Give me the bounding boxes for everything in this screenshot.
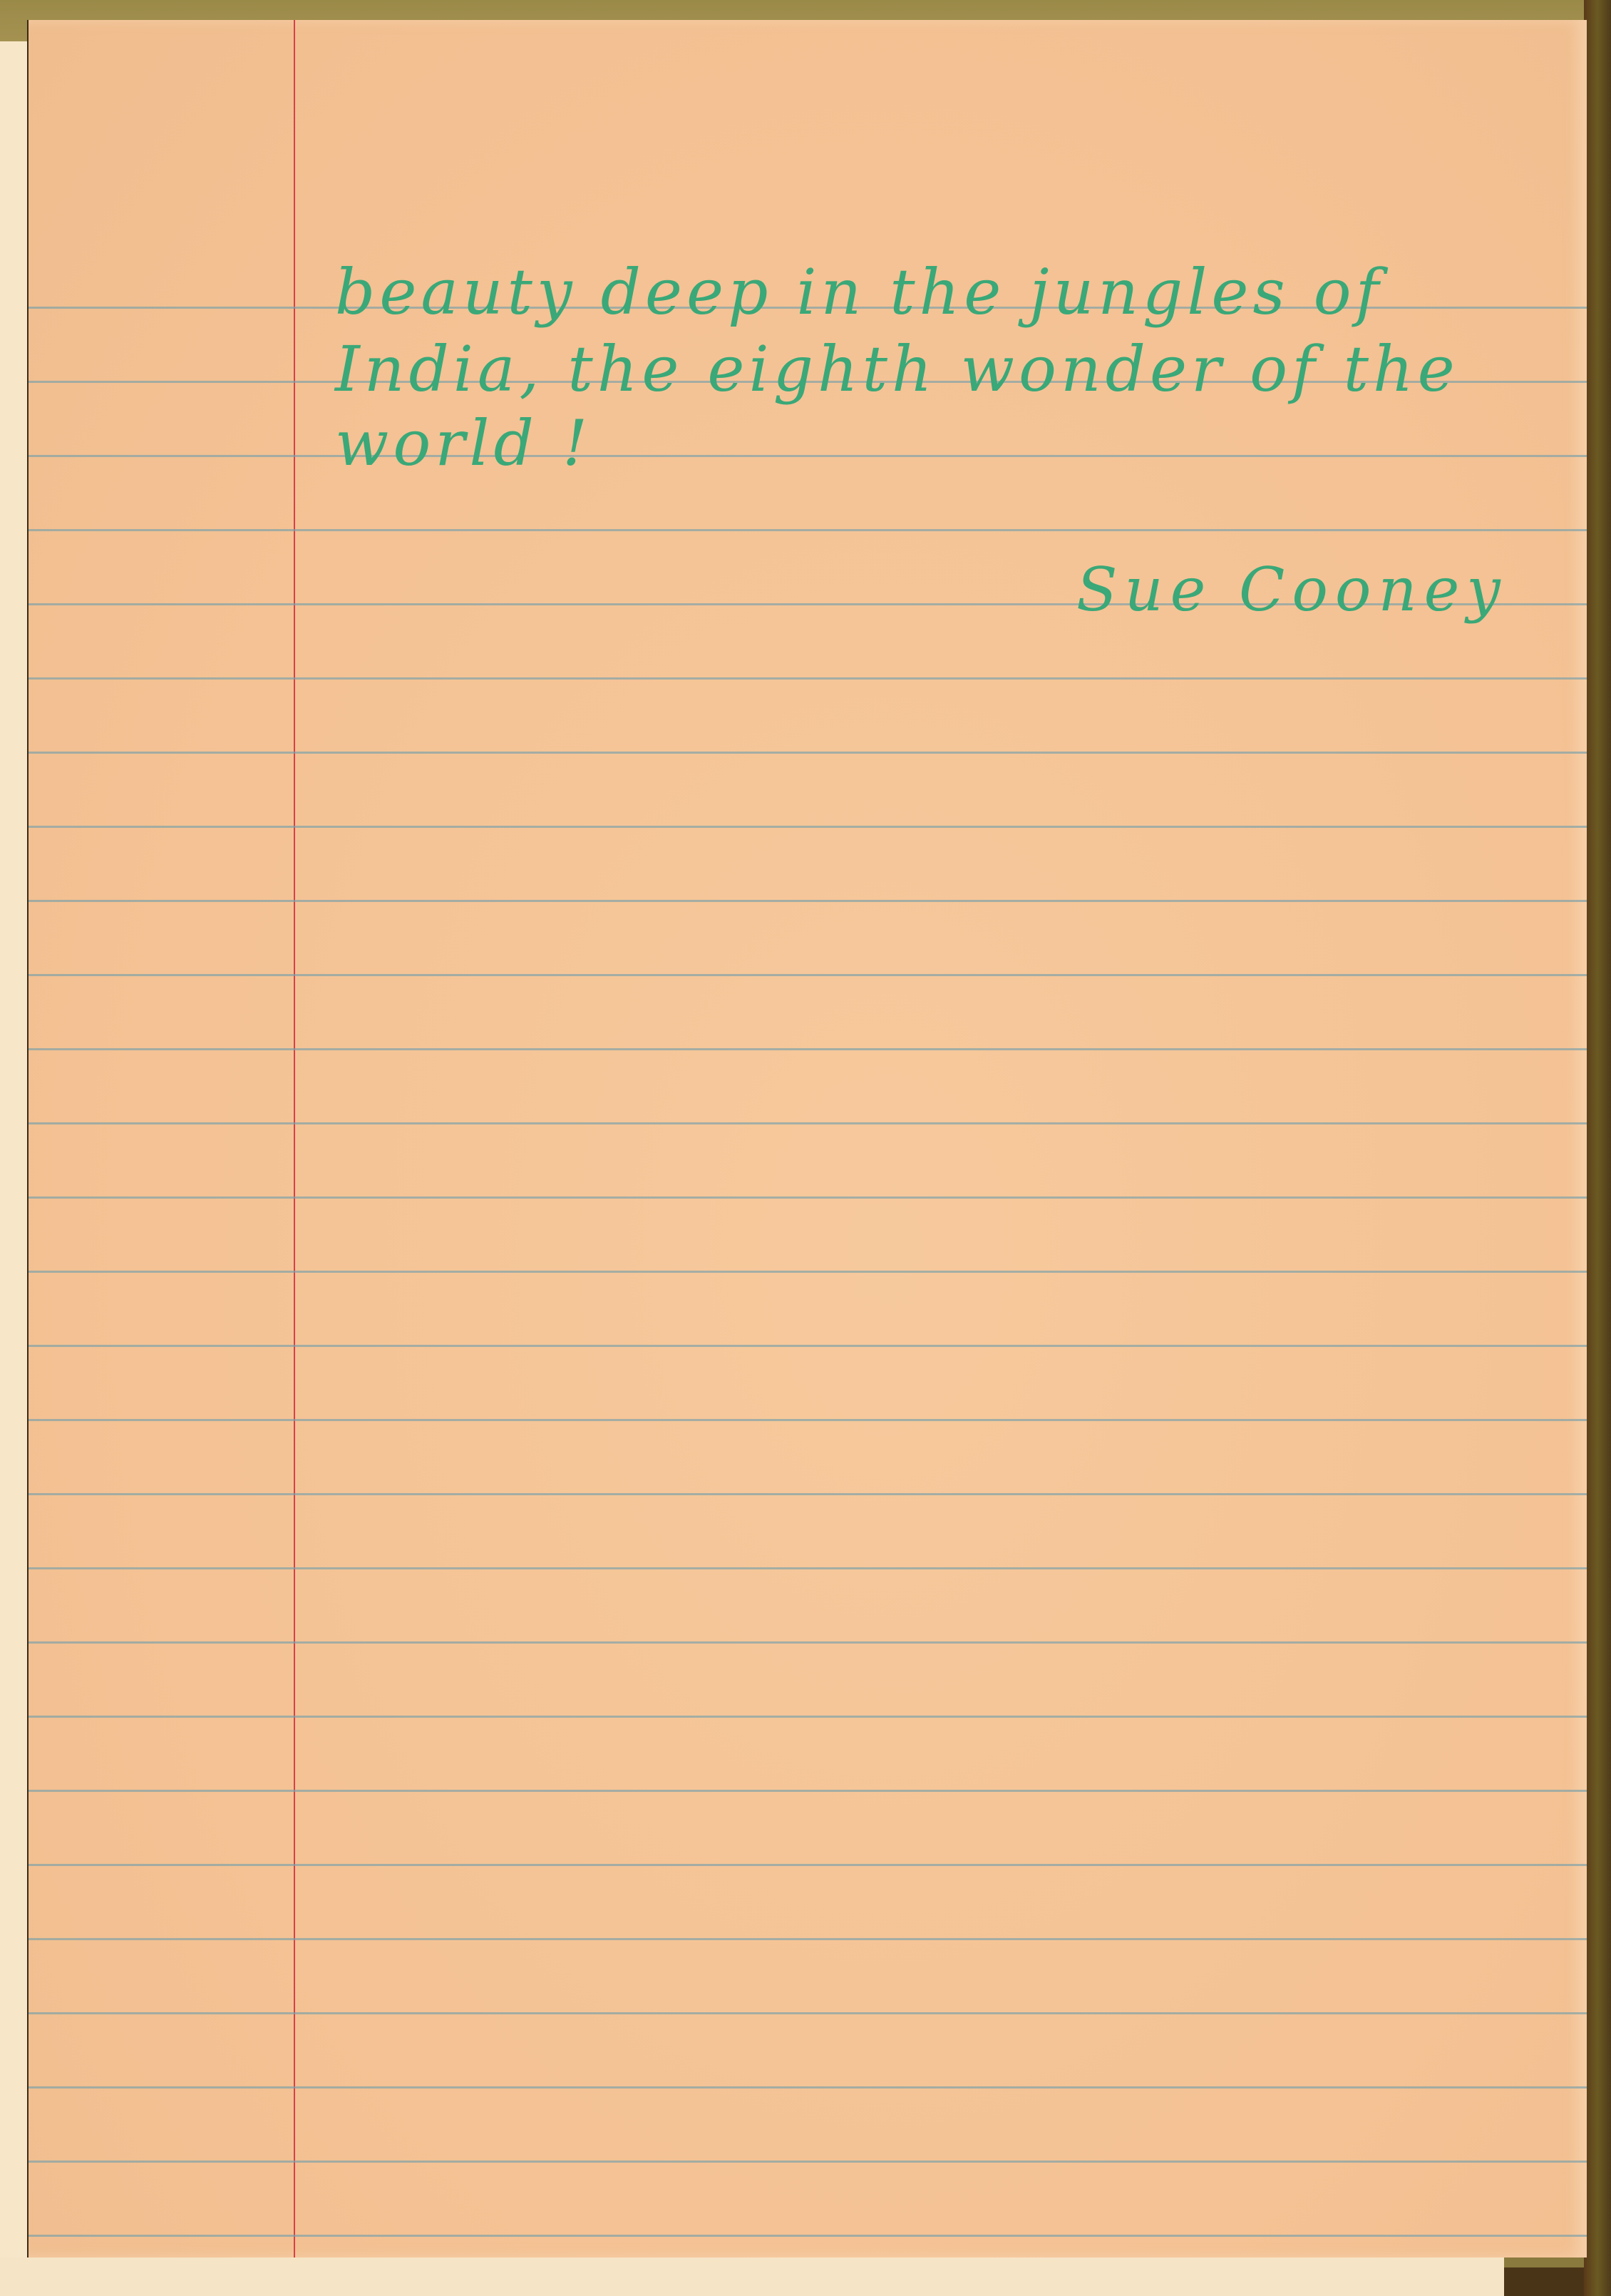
notebook-page: beauty deep in the jungles of India, the… — [27, 20, 1587, 2257]
handwritten-line-3: world ! — [335, 406, 592, 480]
ruled-line — [29, 2161, 1587, 2163]
binding-shadow — [1504, 2267, 1590, 2296]
binding-edge — [1584, 0, 1611, 2296]
ruled-line — [29, 1641, 1587, 1644]
ruled-line — [29, 1790, 1587, 1792]
ruled-line — [29, 1122, 1587, 1124]
ruled-line — [29, 2235, 1587, 2237]
ruled-line — [29, 2012, 1587, 2014]
underlying-page-left — [0, 41, 29, 2296]
ruled-line — [29, 900, 1587, 902]
ruled-line — [29, 974, 1587, 976]
ruled-line — [29, 455, 1587, 457]
ruled-line — [29, 752, 1587, 754]
ruled-line — [29, 1567, 1587, 1569]
ruled-line — [29, 1419, 1587, 1421]
ruled-line — [29, 1716, 1587, 1718]
handwritten-line-2: India, the eighth wonder of the — [335, 332, 1459, 406]
ruled-line — [29, 826, 1587, 828]
ruled-line — [29, 677, 1587, 680]
ruled-line — [29, 2086, 1587, 2089]
ruled-line — [29, 1271, 1587, 1273]
ruled-line — [29, 1196, 1587, 1199]
ruled-line — [29, 1864, 1587, 1866]
red-margin-line — [294, 20, 295, 2257]
ruled-line — [29, 1493, 1587, 1495]
handwritten-line-1: beauty deep in the jungles of — [335, 255, 1383, 329]
signature: Sue Cooney — [1076, 555, 1508, 625]
ruled-line — [29, 1938, 1587, 1940]
ruled-line — [29, 529, 1587, 531]
underlying-page-bottom — [0, 2257, 1504, 2296]
ruled-line — [29, 1345, 1587, 1347]
ruled-line — [29, 1048, 1587, 1050]
